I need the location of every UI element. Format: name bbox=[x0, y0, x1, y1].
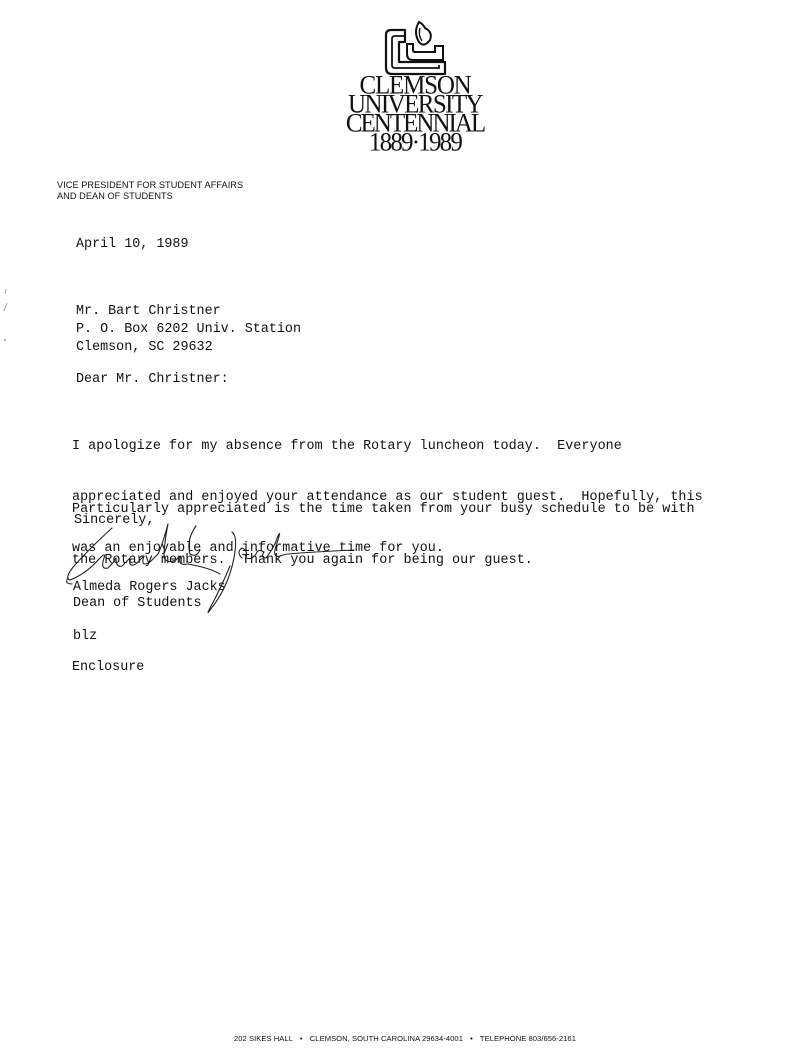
office-title: VICE PRESIDENT FOR STUDENT AFFAIRS AND D… bbox=[57, 180, 243, 202]
address-line: Mr. Bart Christner bbox=[76, 303, 301, 321]
footer-separator: • bbox=[300, 1034, 303, 1043]
letterhead-wordmark: CLEMSON UNIVERSITY CENTENNIAL 1889·1989 bbox=[330, 76, 500, 152]
office-line: VICE PRESIDENT FOR STUDENT AFFAIRS bbox=[57, 180, 243, 191]
office-line: AND DEAN OF STUDENTS bbox=[57, 191, 243, 202]
enclosure-notation: Enclosure bbox=[72, 660, 144, 675]
signer-name: Almeda Rogers Jacks bbox=[73, 580, 226, 595]
paragraph-line: Particularly appreciated is the time tak… bbox=[72, 501, 695, 518]
margin-marks bbox=[0, 285, 20, 355]
footer-telephone: TELEPHONE 803/656-2161 bbox=[480, 1034, 576, 1043]
letterhead-footer: 202 SIKES HALL • CLEMSON, SOUTH CAROLINA… bbox=[0, 1034, 810, 1043]
address-line: P. O. Box 6202 Univ. Station bbox=[76, 321, 301, 339]
handwritten-signature-icon bbox=[60, 518, 360, 628]
paragraph-line: I apologize for my absence from the Rota… bbox=[72, 438, 703, 455]
letter-page: CLEMSON UNIVERSITY CENTENNIAL 1889·1989 … bbox=[0, 0, 810, 1056]
signer-title: Dean of Students bbox=[73, 596, 202, 611]
wordmark-line: 1889·1989 bbox=[330, 133, 500, 153]
recipient-address: Mr. Bart Christner P. O. Box 6202 Univ. … bbox=[76, 303, 301, 357]
clemson-centennial-flame-icon bbox=[383, 18, 449, 78]
letter-date: April 10, 1989 bbox=[76, 237, 189, 252]
footer-separator: • bbox=[470, 1034, 473, 1043]
footer-city: CLEMSON, SOUTH CAROLINA 29634-4001 bbox=[310, 1034, 463, 1043]
typist-initials: blz bbox=[73, 629, 97, 644]
address-line: Clemson, SC 29632 bbox=[76, 339, 301, 357]
salutation: Dear Mr. Christner: bbox=[76, 372, 229, 387]
footer-address: 202 SIKES HALL bbox=[234, 1034, 293, 1043]
